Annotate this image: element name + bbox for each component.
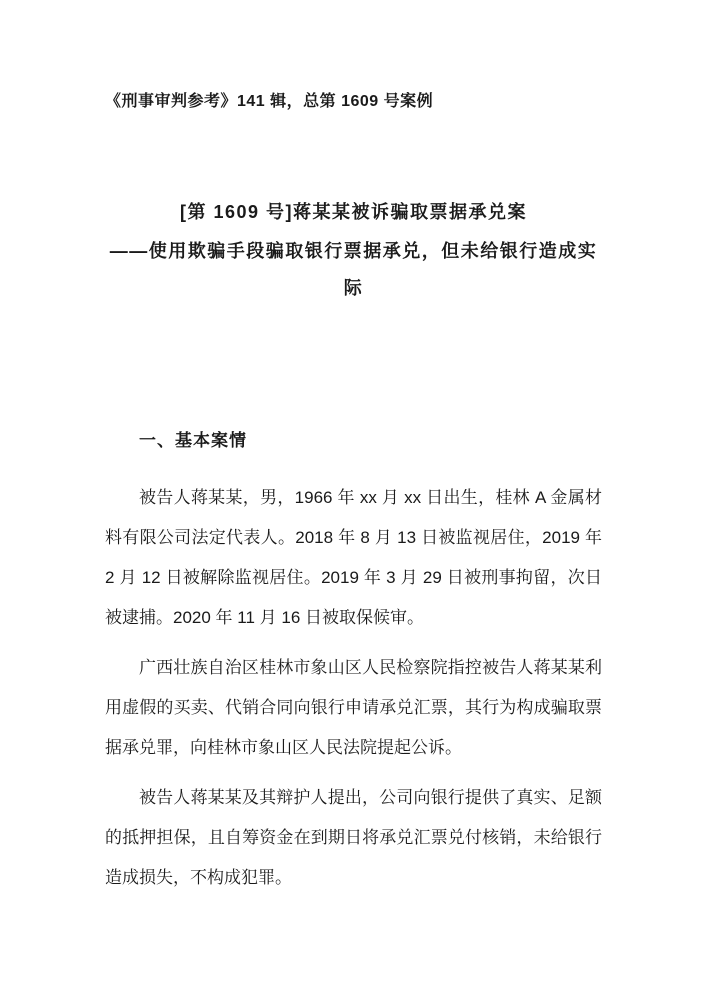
case-subtitle-line-2: 际 bbox=[105, 270, 602, 307]
paragraph-defense-argument: 被告人蒋某某及其辩护人提出，公司向银行提供了真实、足额的抵押担保，且自筹资金在到… bbox=[105, 778, 602, 898]
case-subtitle: ——使用欺骗手段骗取银行票据承兑，但未给银行造成实 际 bbox=[105, 233, 602, 307]
document-body: 被告人蒋某某，男，1966 年 xx 月 xx 日出生，桂林 A 金属材料有限公… bbox=[105, 478, 602, 908]
paragraph-defendant-info: 被告人蒋某某，男，1966 年 xx 月 xx 日出生，桂林 A 金属材料有限公… bbox=[105, 478, 602, 638]
document-header: 《刑事审判参考》141 辑，总第 1609 号案例 bbox=[105, 92, 602, 112]
section-heading-basic-facts: 一、基本案情 bbox=[139, 430, 247, 452]
document-page: 《刑事审判参考》141 辑，总第 1609 号案例 [第 1609 号]蒋某某被… bbox=[0, 0, 707, 999]
case-subtitle-line-1: ——使用欺骗手段骗取银行票据承兑，但未给银行造成实 bbox=[105, 233, 602, 270]
case-title: [第 1609 号]蒋某某被诉骗取票据承兑案 bbox=[105, 200, 602, 224]
paragraph-prosecution-charge: 广西壮族自治区桂林市象山区人民检察院指控被告人蒋某某利用虚假的买卖、代销合同向银… bbox=[105, 648, 602, 768]
